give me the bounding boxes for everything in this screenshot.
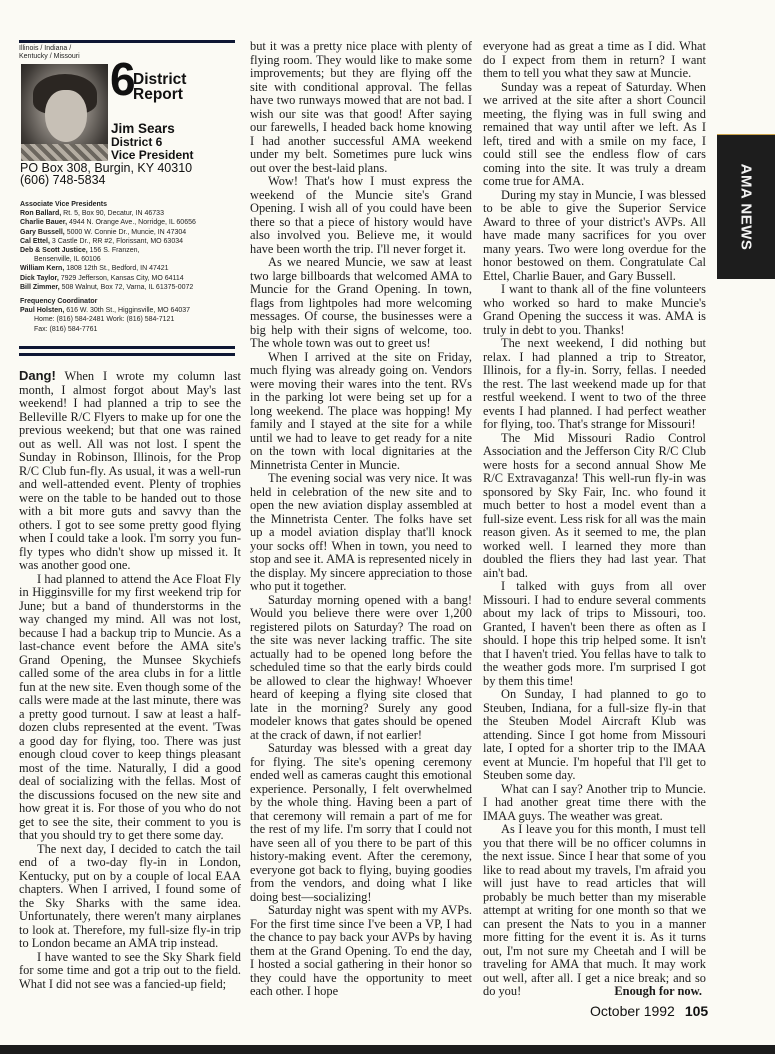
paragraph: During my stay in Muncie, I was blessed … xyxy=(483,189,706,284)
paragraph: What can I say? Another trip to Muncie. … xyxy=(483,783,706,824)
paragraph: I want to thank all of the fine voluntee… xyxy=(483,283,706,337)
associates-heading: Associate Vice Presidents xyxy=(20,200,240,209)
header-top-rule xyxy=(19,40,235,43)
divider-rule xyxy=(19,346,235,349)
paragraph: Saturday morning opened with a bang! Wou… xyxy=(250,594,472,743)
paragraph: When I arrived at the site on Friday, mu… xyxy=(250,351,472,473)
paragraph: The evening social was very nice. It was… xyxy=(250,472,472,594)
title-line: Report xyxy=(133,87,186,102)
article-column-3: everyone had as great a time as I did. W… xyxy=(483,40,706,999)
title-line: District xyxy=(133,72,186,87)
frequency-entry: Paul Holsten, 616 W. 30th St., Higginsvi… xyxy=(20,306,240,315)
paragraph: but it was a pretty nice place with plen… xyxy=(250,40,472,175)
paragraph: On Sunday, I had planned to go to Steube… xyxy=(483,688,706,783)
paragraph: Sunday was a repeat of Saturday. When we… xyxy=(483,81,706,189)
bottom-edge-bar xyxy=(0,1045,775,1054)
paragraph: The next weekend, I did nothing but rela… xyxy=(483,337,706,432)
lead-word: Dang! xyxy=(19,368,56,383)
vp-address: PO Box 308, Burgin, KY 40310 (606) 748-5… xyxy=(20,162,192,186)
associate-entry: William Kern, 1808 12th St., Bedford, IN… xyxy=(20,264,240,273)
associate-entry: Dick Taylor, 7929 Jefferson, Kansas City… xyxy=(20,274,240,283)
associate-entry: Deb & Scott Justice, 156 S. Franzen, xyxy=(20,246,240,255)
paragraph: As I leave you for this month, I must te… xyxy=(483,823,706,999)
paragraph: I had planned to attend the Ace Float Fl… xyxy=(19,573,241,843)
associate-entry: Cal Ettel, 3 Castle Dr., RR #2, Florissa… xyxy=(20,237,240,246)
associate-entry: Charlie Bauer, 4944 N. Orange Ave., Norr… xyxy=(20,218,240,227)
paragraph: As we neared Muncie, we saw at least two… xyxy=(250,256,472,351)
article-column-2: but it was a pretty nice place with plen… xyxy=(250,40,472,999)
section-tab-label: AMA NEWS xyxy=(738,164,755,251)
paragraph: everyone had as great a time as I did. W… xyxy=(483,40,706,81)
frequency-phones: Home: (816) 584-2481 Work: (816) 584-712… xyxy=(20,315,240,324)
frequency-heading: Frequency Coordinator xyxy=(20,297,240,306)
issue-date: October 1992 xyxy=(590,1003,675,1019)
paragraph: I talked with guys from all over Missour… xyxy=(483,580,706,688)
region-line: Illinois / Indiana / xyxy=(19,45,139,53)
paragraph: Saturday night was spent with my AVPs. F… xyxy=(250,904,472,999)
district-number: 6 xyxy=(110,56,134,102)
article-column-1: Dang! When I wrote my column last month,… xyxy=(19,369,241,991)
section-title: District Report xyxy=(133,72,186,102)
associate-vp-directory: Associate Vice Presidents Ron Ballard, R… xyxy=(20,200,240,334)
section-tab-ama-news: AMA NEWS xyxy=(717,134,775,279)
associate-entry: Gary Bussell, 5000 W. Connie Dr., Muncie… xyxy=(20,228,240,237)
divider-rule xyxy=(19,353,235,356)
page-number: 105 xyxy=(685,1003,708,1019)
vp-portrait-photo xyxy=(21,64,108,161)
photo-face xyxy=(45,90,87,142)
phone-line: (606) 748-5834 xyxy=(20,174,192,186)
paragraph: The next day, I decided to catch the tai… xyxy=(19,843,241,951)
vp-credit: Jim Sears District 6 Vice President xyxy=(111,122,194,162)
signoff: Enough for now. xyxy=(596,985,702,999)
photo-shirt xyxy=(21,144,108,161)
associate-entry: Ron Ballard, Rt. 5, Box 90, Decatur, IN … xyxy=(20,209,240,218)
associate-entry: Bill Zimmer, 508 Walnut, Box 72, Varna, … xyxy=(20,283,240,292)
frequency-fax: Fax: (816) 584-7761 xyxy=(20,325,240,334)
paragraph: Dang! When I wrote my column last month,… xyxy=(19,369,241,573)
paragraph: Wow! That's how I must express the weeke… xyxy=(250,175,472,256)
paragraph: The Mid Missouri Radio Control Associati… xyxy=(483,432,706,581)
paragraph: Saturday was blessed with a great day fo… xyxy=(250,742,472,904)
page-footer: October 1992105 xyxy=(590,1003,708,1019)
associate-entry-cont: Bensenville, IL 60106 xyxy=(20,255,240,264)
vp-name: Jim Sears xyxy=(111,122,194,136)
paragraph: I have wanted to see the Sky Shark field… xyxy=(19,951,241,992)
